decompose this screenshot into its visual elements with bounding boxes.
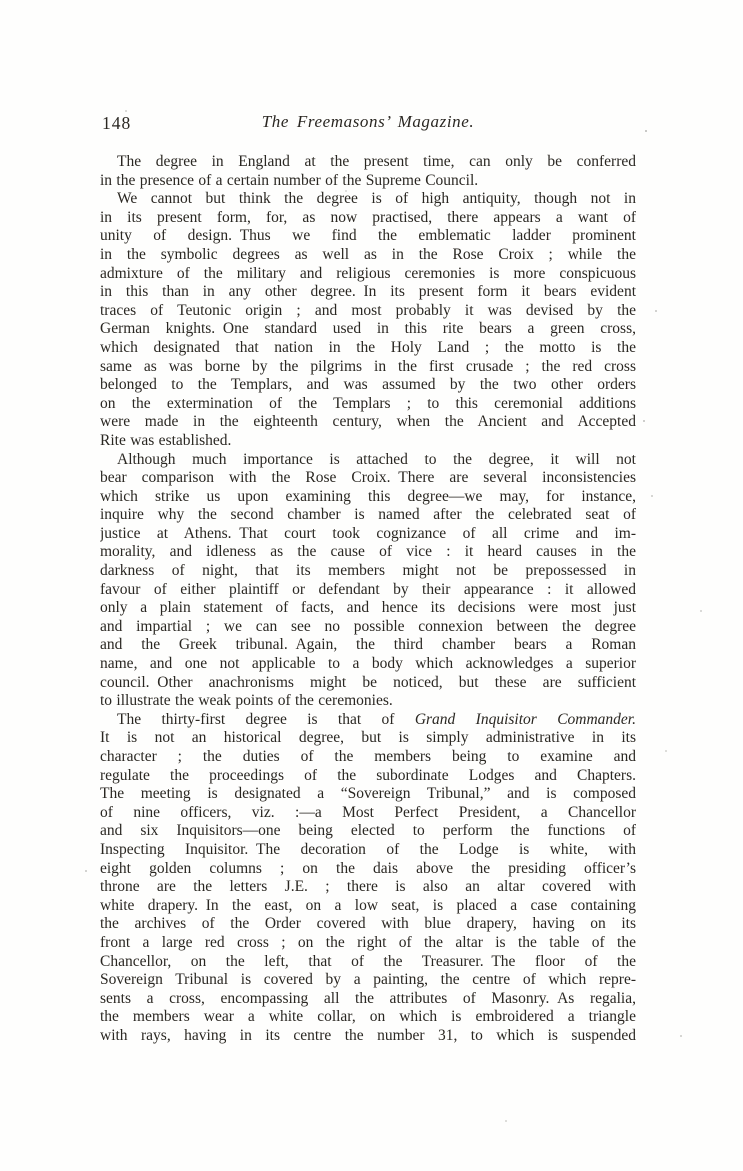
text-line: white drapery. In the east, on a low sea… xyxy=(100,897,636,916)
text-line: in its present form, for, as now practis… xyxy=(100,209,636,228)
text-line: and six Inquisitors—one being elected to… xyxy=(100,822,636,841)
text-line: in the symbolic degrees as well as in th… xyxy=(100,246,636,265)
text-line: The thirty-first degree is that of Grand… xyxy=(100,711,636,730)
text-line: in the presence of a certain number of t… xyxy=(100,172,636,191)
journal-title: The Freemasons’ Magazine. xyxy=(100,112,636,132)
text-line: The meeting is designated a “Sovereign T… xyxy=(100,785,636,804)
paragraph: The thirty-first degree is that of Grand… xyxy=(100,711,636,1046)
text-line: only a plain statement of facts, and hen… xyxy=(100,599,636,618)
text-line: morality, and idleness as the cause of v… xyxy=(100,543,636,562)
text-line: belonged to the Templars, and was assume… xyxy=(100,376,636,395)
text-line: front a large red cross ; on the right o… xyxy=(100,934,636,953)
paragraph: We cannot but think the degree is of hig… xyxy=(100,190,636,450)
text-line: and the Greek tribunal. Again, the third… xyxy=(100,636,636,655)
text-line: council. Other anachronisms might be not… xyxy=(100,674,636,693)
text-line: which strike us upon examining this degr… xyxy=(100,488,636,507)
text-line: on the extermination of the Templars ; t… xyxy=(100,395,636,414)
text-line: were made in the eighteenth century, whe… xyxy=(100,413,636,432)
scan-noise xyxy=(645,130,647,132)
text-line: regulate the proceedings of the subordin… xyxy=(100,767,636,786)
text-line: to illustrate the weak points of the cer… xyxy=(100,692,636,711)
text-line: Inspecting Inquisitor. The decoration of… xyxy=(100,841,636,860)
text-line: of nine officers, viz. :—a Most Perfect … xyxy=(100,804,636,823)
text-line: German knights. One standard used in thi… xyxy=(100,320,636,339)
text-line: same as was borne by the pilgrims in the… xyxy=(100,358,636,377)
text-line: name, and one not applicable to a body w… xyxy=(100,655,636,674)
text-line: favour of either plaintiff or defendant … xyxy=(100,581,636,600)
text-line: unity of design. Thus we find the emblem… xyxy=(100,227,636,246)
text-line: inquire why the second chamber is named … xyxy=(100,506,636,525)
scanned-page: 148 The Freemasons’ Magazine. The degree… xyxy=(0,0,743,1171)
text-line: traces of Teutonic origin ; and most pro… xyxy=(100,302,636,321)
text-line: and impartial ; we can see no possible c… xyxy=(100,618,636,637)
text-line: It is not an historical degree, but is s… xyxy=(100,729,636,748)
text-line: We cannot but think the degree is of hig… xyxy=(100,190,636,209)
text-line: which designated that nation in the Holy… xyxy=(100,339,636,358)
text-line: justice at Athens. That court took cogni… xyxy=(100,525,636,544)
text-line: Chancellor, on the left, that of the Tre… xyxy=(100,953,636,972)
text-line: Although much importance is attached to … xyxy=(100,451,636,470)
paragraph: The degree in England at the present tim… xyxy=(100,153,636,190)
text-line: eight golden columns ; on the dais above… xyxy=(100,860,636,879)
page-header: 148 The Freemasons’ Magazine. xyxy=(100,112,636,138)
text-line: darkness of night, that its members migh… xyxy=(100,562,636,581)
text-line: Sovereign Tribunal is covered by a paint… xyxy=(100,971,636,990)
paragraph: Although much importance is attached to … xyxy=(100,451,636,711)
text-line: sents a cross, encompassing all the attr… xyxy=(100,990,636,1009)
text-line: the members wear a white collar, on whic… xyxy=(100,1008,636,1027)
text-line: The degree in England at the present tim… xyxy=(100,153,636,172)
text-line: bear comparison with the Rose Croix. The… xyxy=(100,469,636,488)
text-line: Rite was established. xyxy=(100,432,636,451)
text-line: admixture of the military and religious … xyxy=(100,265,636,284)
text-line: character ; the duties of the members be… xyxy=(100,748,636,767)
text-line: the archives of the Order covered with b… xyxy=(100,915,636,934)
text-line: with rays, having in its centre the numb… xyxy=(100,1027,636,1046)
text-block: The degree in England at the present tim… xyxy=(100,153,636,1046)
text-line: throne are the letters J.E. ; there is a… xyxy=(100,878,636,897)
text-line: in this than in any other degree. In its… xyxy=(100,283,636,302)
